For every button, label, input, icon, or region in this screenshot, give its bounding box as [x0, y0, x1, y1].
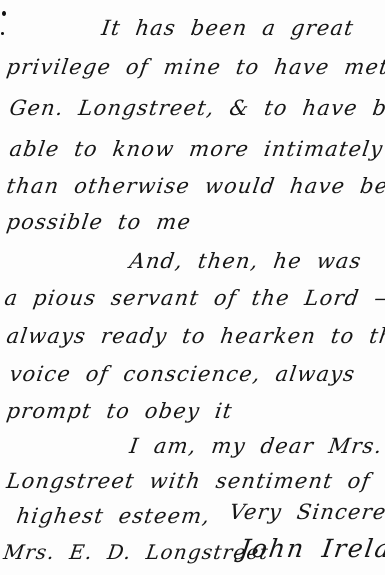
valediction: Very Sincerely, — [228, 500, 385, 524]
letter-line-9: always ready to hearken to the — [5, 324, 385, 348]
ink-blot — [2, 11, 6, 16]
signature: John Ireland — [238, 534, 385, 563]
letter-line-13: Longstreet with sentiment of — [5, 469, 372, 493]
letter-line-5: than otherwise would have been — [5, 174, 385, 198]
ink-blot — [1, 32, 4, 35]
letter-line-14: highest esteem, — [15, 504, 212, 528]
letter-line-7: And, then, he was — [128, 249, 363, 273]
letter-line-8: a pious servant of the Lord — — [3, 286, 385, 310]
letter-line-10: voice of conscience, always — [8, 362, 357, 386]
letter-page: It has been a great privilege of mine to… — [0, 0, 385, 575]
letter-line-4: able to know more intimately — [8, 137, 385, 161]
letter-line-1: It has been a great — [100, 16, 356, 40]
letter-line-3: Gen. Longstreet, & to have been — [8, 96, 385, 120]
letter-line-12: I am, my dear Mrs. — [128, 434, 384, 458]
letter-line-2: privilege of mine to have met — [5, 55, 385, 79]
letter-line-11: prompt to obey it — [5, 399, 234, 423]
letter-line-6: possible to me — [5, 210, 193, 234]
addressee: Mrs. E. D. Longstreet — [2, 540, 271, 564]
